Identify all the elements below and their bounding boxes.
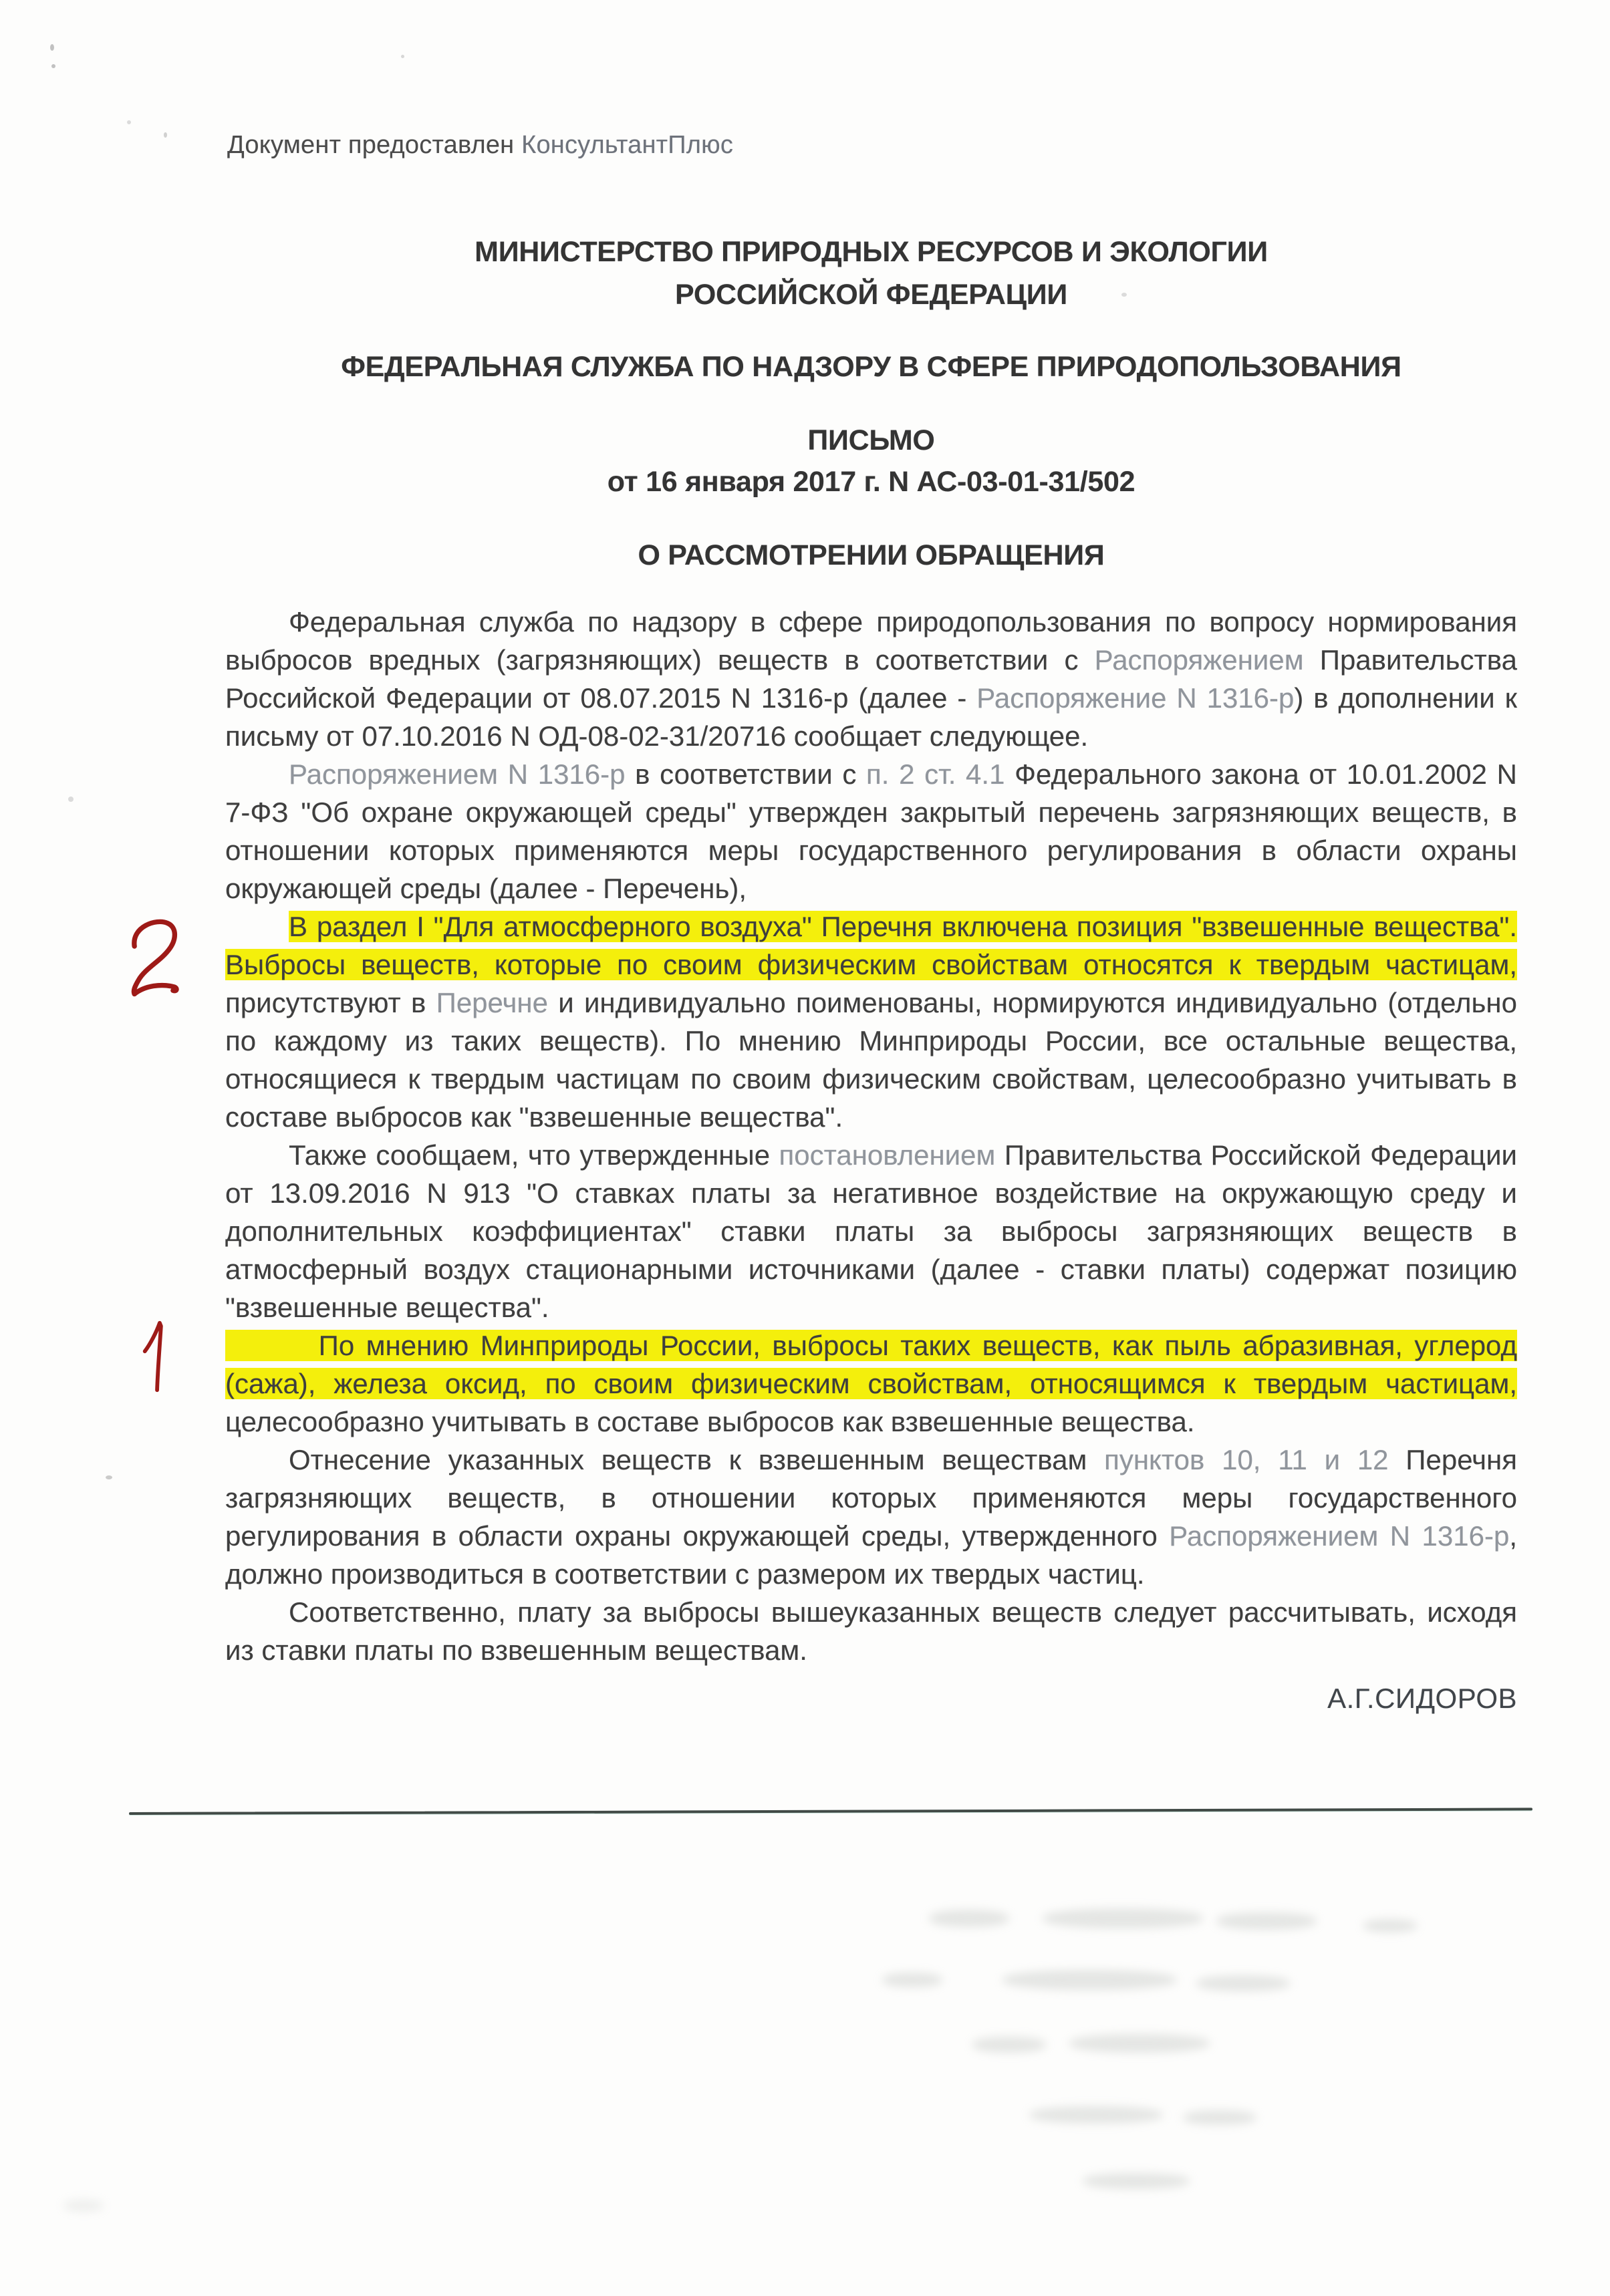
paragraph: По мнению Минприроды России, выбросы так… bbox=[225, 1326, 1517, 1441]
scan-artifact bbox=[51, 64, 55, 68]
highlighted-text: В раздел I "Для атмосферного воздуха" Пе… bbox=[225, 911, 1517, 980]
scan-artifact bbox=[68, 797, 74, 802]
paragraph: В раздел I "Для атмосферного воздуха" Пе… bbox=[225, 907, 1517, 1136]
bleedthrough-mark bbox=[1083, 2173, 1190, 2189]
provider-brand: КонсультантПлюс bbox=[521, 131, 733, 159]
reference-text: Распоряжением bbox=[1095, 644, 1304, 676]
reference-text: постановлением bbox=[779, 1139, 996, 1171]
paragraph: Соответственно, плату за выбросы вышеука… bbox=[225, 1593, 1517, 1669]
scan-artifact bbox=[106, 1475, 112, 1479]
bleedthrough-mark bbox=[1363, 1919, 1417, 1932]
bleedthrough-mark bbox=[1216, 1912, 1317, 1930]
body-text: в соответствии с bbox=[626, 758, 867, 790]
body-text: Также сообщаем, что утвержденные bbox=[289, 1139, 779, 1171]
ministry-name-line1: МИНИСТЕРСТВО ПРИРОДНЫХ РЕСУРСОВ И ЭКОЛОГ… bbox=[225, 235, 1517, 269]
provider-note: Документ предоставлен КонсультантПлюс bbox=[227, 130, 733, 160]
bleedthrough-mark bbox=[1043, 1908, 1203, 1928]
document-subject: О РАССМОТРЕНИИ ОБРАЩЕНИЯ bbox=[225, 539, 1517, 572]
scan-artifact bbox=[401, 55, 404, 58]
paragraph: Также сообщаем, что утвержденные постано… bbox=[225, 1136, 1517, 1326]
paragraph: Отнесение указанных веществ к взвешенным… bbox=[225, 1441, 1517, 1593]
bleedthrough-mark bbox=[1029, 2106, 1163, 2124]
reference-text: Распоряжением N 1316-р bbox=[1169, 1520, 1509, 1552]
bleedthrough-mark bbox=[1069, 2034, 1210, 2053]
body-text: присутствуют в bbox=[225, 987, 436, 1018]
body-paragraphs: Федеральная служба по надзору в сфере пр… bbox=[225, 603, 1517, 1669]
bleedthrough-mark bbox=[1002, 1970, 1176, 1990]
document-type: ПИСЬМО bbox=[225, 424, 1517, 457]
handwritten-digit-2 bbox=[124, 917, 196, 1001]
highlighted-indent bbox=[225, 1330, 319, 1361]
bleedthrough-mark bbox=[1183, 2110, 1256, 2125]
scan-artifact bbox=[127, 120, 131, 124]
body-text: Отнесение указанных веществ к взвешенным… bbox=[289, 1444, 1104, 1475]
bleedthrough-mark bbox=[972, 2037, 1046, 2053]
document-page: Документ предоставлен КонсультантПлюс МИ… bbox=[0, 0, 1610, 2296]
bleedthrough-mark bbox=[1196, 1975, 1290, 1991]
paragraph: Федеральная служба по надзору в сфере пр… bbox=[225, 603, 1517, 755]
reference-text: Распоряжение N 1316-р bbox=[976, 682, 1294, 714]
bleedthrough-mark bbox=[63, 2200, 104, 2212]
reference-text: Перечне bbox=[436, 987, 548, 1018]
document-date-number: от 16 января 2017 г. N АС-03-01-31/502 bbox=[225, 465, 1517, 498]
reference-text: пунктов 10, 11 и 12 bbox=[1104, 1444, 1388, 1475]
provider-note-prefix: Документ предоставлен bbox=[227, 131, 521, 159]
body-text: целесообразно учитывать в составе выброс… bbox=[225, 1406, 1195, 1437]
reference-text: п. 2 ст. 4.1 bbox=[866, 758, 1004, 790]
scan-artifact bbox=[50, 44, 54, 51]
agency-name: ФЕДЕРАЛЬНАЯ СЛУЖБА ПО НАДЗОРУ В СФЕРЕ ПР… bbox=[225, 350, 1517, 384]
separator-line bbox=[129, 1808, 1532, 1815]
paragraph: Распоряжением N 1316-р в соответствии с … bbox=[225, 755, 1517, 907]
bleedthrough-mark bbox=[929, 1910, 1009, 1927]
handwritten-digit-1 bbox=[138, 1318, 179, 1395]
highlighted-text: По мнению Минприроды России, выбросы так… bbox=[225, 1330, 1517, 1399]
scan-artifact bbox=[164, 132, 167, 138]
signature-name: А.Г.СИДОРОВ bbox=[225, 1683, 1517, 1715]
body-text: Соответственно, плату за выбросы вышеука… bbox=[225, 1596, 1517, 1666]
bleedthrough-mark bbox=[882, 1973, 942, 1987]
ministry-name-line2: РОССИЙСКОЙ ФЕДЕРАЦИИ bbox=[225, 278, 1517, 311]
reference-text: Распоряжением N 1316-р bbox=[289, 758, 626, 790]
